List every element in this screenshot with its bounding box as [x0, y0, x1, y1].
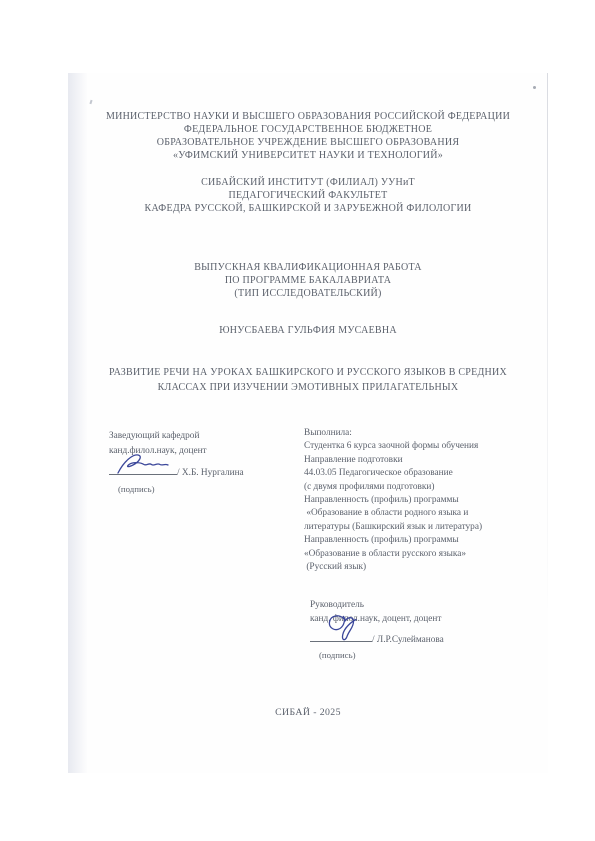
approver-signature-caption: (подпись): [109, 482, 299, 497]
supervisor-signature-line: [310, 632, 372, 642]
ministry-line: «УФИМСКИЙ УНИВЕРСИТЕТ НАУКИ И ТЕХНОЛОГИЙ…: [88, 149, 528, 162]
ministry-line: ОБРАЗОВАТЕЛЬНОЕ УЧРЕЖДЕНИЕ ВЫСШЕГО ОБРАЗ…: [88, 136, 528, 149]
ministry-line: МИНИСТЕРСТВО НАУКИ И ВЫСШЕГО ОБРАЗОВАНИЯ…: [88, 110, 528, 123]
thesis-title: РАЗВИТИЕ РЕЧИ НА УРОКАХ БАШКИРСКОГО И РУ…: [88, 365, 528, 395]
work-type-header: ВЫПУСКНАЯ КВАЛИФИКАЦИОННАЯ РАБОТА ПО ПРО…: [88, 261, 528, 300]
approver-name: / Х.Б. Нургалина: [177, 468, 244, 478]
work-type-line: ВЫПУСКНАЯ КВАЛИФИКАЦИОННАЯ РАБОТА: [88, 261, 528, 274]
supervisor-block: Руководитель канд. филол.наук, доцент, д…: [310, 598, 530, 662]
student-line: Направление подготовки: [304, 454, 539, 467]
institute-line: ПЕДАГОГИЧЕСКИЙ ФАКУЛЬТЕТ: [88, 189, 528, 202]
scanned-title-page: МИНИСТЕРСТВО НАУКИ И ВЫСШЕГО ОБРАЗОВАНИЯ…: [0, 0, 595, 841]
student-line: Студентка 6 курса заочной формы обучения: [304, 440, 539, 453]
thesis-title-line: КЛАССАХ ПРИ ИЗУЧЕНИИ ЭМОТИВНЫХ ПРИЛАГАТЕ…: [88, 380, 528, 395]
student-line: «Образование в области русского языка»: [304, 548, 539, 561]
student-line: (с двумя профилями подготовки): [304, 481, 539, 494]
work-type-line: ПО ПРОГРАММЕ БАКАЛАВРИАТА: [88, 274, 528, 287]
approver-block: Заведующий кафедрой канд.филол.наук, доц…: [109, 429, 299, 497]
supervisor-role: Руководитель: [310, 598, 530, 612]
student-line: Направленность (профиль) программы: [304, 494, 539, 507]
work-type-line: (ТИП ИССЛЕДОВАТЕЛЬСКИЙ): [88, 287, 528, 300]
student-line: 44.03.05 Педагогическое образование: [304, 467, 539, 480]
student-line: (Русский язык): [304, 561, 539, 574]
scan-artifact-mark: [89, 100, 92, 104]
student-line: литературы (Башкирский язык и литература…: [304, 521, 539, 534]
student-block: Выполнила: Студентка 6 курса заочной фор…: [304, 427, 539, 574]
document-sheet: МИНИСТЕРСТВО НАУКИ И ВЫСШЕГО ОБРАЗОВАНИЯ…: [68, 73, 548, 773]
supervisor-signature-row: / Л.Р.Сулейманова: [310, 632, 530, 647]
approver-degree: канд.филол.наук, доцент: [109, 444, 299, 459]
scan-edge-right: [547, 73, 548, 618]
approver-signature-row: / Х.Б. Нургалина: [109, 465, 299, 481]
institute-header: СИБАЙСКИЙ ИНСТИТУТ (ФИЛИАЛ) УУНиТ ПЕДАГО…: [88, 176, 528, 215]
supervisor-name: / Л.Р.Сулейманова: [372, 635, 444, 645]
ministry-line: ФЕДЕРАЛЬНОЕ ГОСУДАРСТВЕННОЕ БЮДЖЕТНОЕ: [88, 123, 528, 136]
supervisor-signature-caption: (подпись): [310, 648, 530, 662]
author-name: ЮНУСБАЕВА ГУЛЬФИЯ МУСАЕВНА: [88, 324, 528, 337]
approver-signature-line: [109, 465, 177, 475]
student-line: Выполнила:: [304, 427, 539, 440]
student-line: Направленность (профиль) программы: [304, 534, 539, 547]
city-year-footer: СИБАЙ - 2025: [88, 706, 528, 719]
supervisor-degree: канд. филол.наук, доцент, доцент: [310, 612, 530, 626]
thesis-title-line: РАЗВИТИЕ РЕЧИ НА УРОКАХ БАШКИРСКОГО И РУ…: [88, 365, 528, 380]
scan-artifact-dot: [533, 86, 536, 89]
student-line: «Образование в области родного языка и: [304, 507, 539, 520]
institute-line: СИБАЙСКИЙ ИНСТИТУТ (ФИЛИАЛ) УУНиТ: [88, 176, 528, 189]
institute-line: КАФЕДРА РУССКОЙ, БАШКИРСКОЙ И ЗАРУБЕЖНОЙ…: [88, 202, 528, 215]
scan-shadow-left: [68, 73, 88, 773]
ministry-header: МИНИСТЕРСТВО НАУКИ И ВЫСШЕГО ОБРАЗОВАНИЯ…: [88, 110, 528, 162]
approver-role: Заведующий кафедрой: [109, 429, 299, 444]
